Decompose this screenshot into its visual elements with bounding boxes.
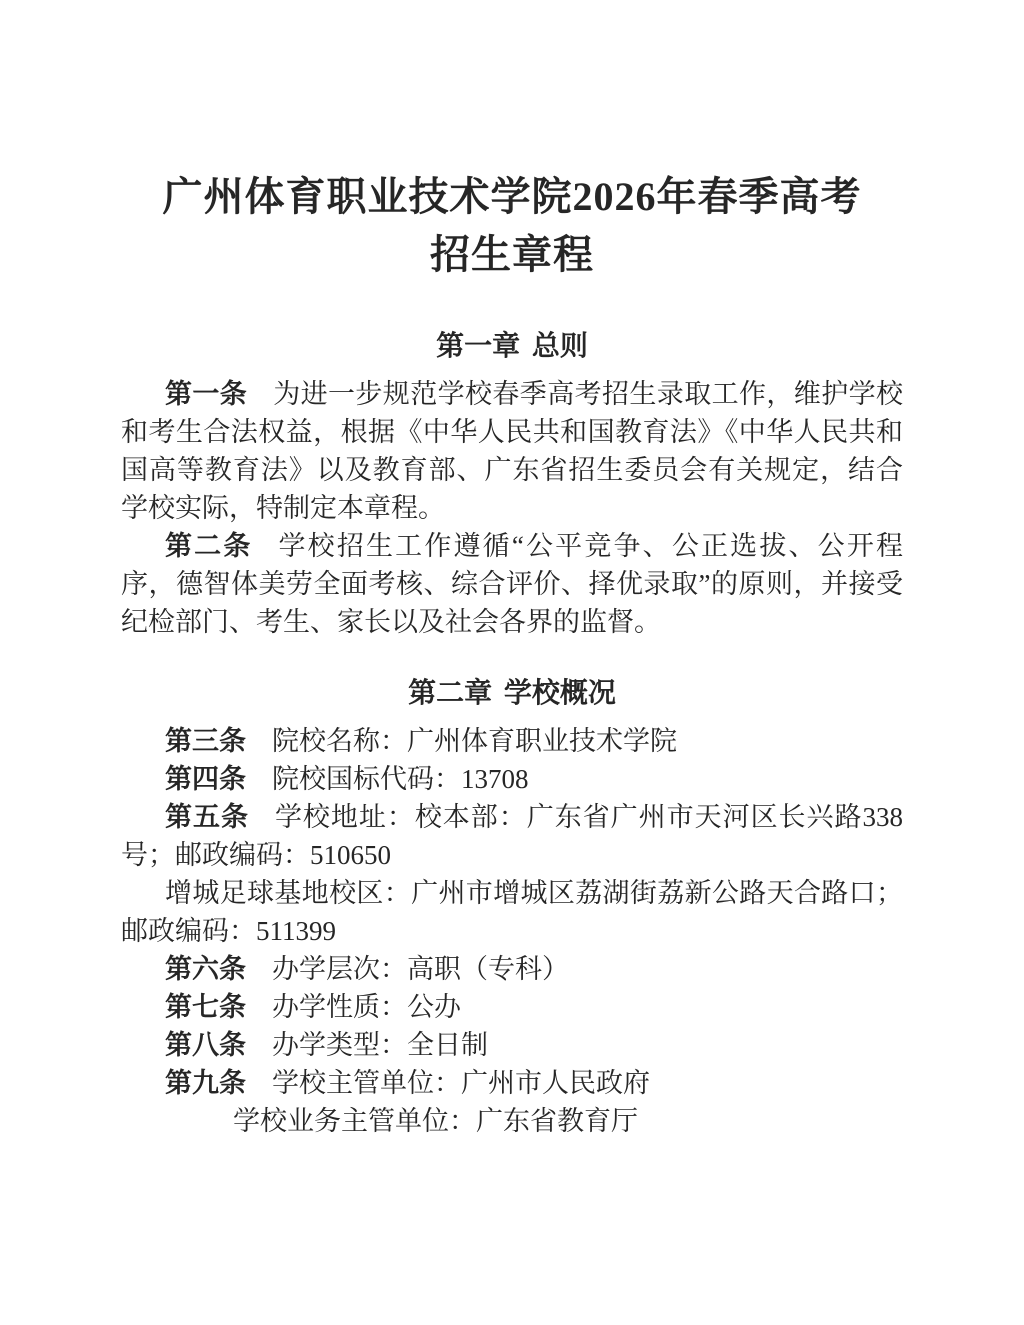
article-1: 第一条为进一步规范学校春季高考招生录取工作，维护学校和考生合法权益，根据《中华人… (121, 375, 903, 527)
document-title-line-2: 招生章程 (121, 226, 903, 284)
article-7-text: 办学性质：公办 (272, 992, 461, 1022)
article-9-label: 第九条 (165, 1068, 246, 1098)
article-9-continuation: 学校业务主管单位：广东省教育厅 (121, 1102, 903, 1140)
article-9-continuation-text: 学校业务主管单位：广东省教育厅 (233, 1106, 638, 1136)
article-5: 第五条学校地址：校本部：广东省广州市天河区长兴路338号；邮政编码：510650 (121, 798, 903, 874)
article-3-label: 第三条 (165, 726, 246, 756)
chapter-1-heading: 第一章 总则 (121, 327, 903, 365)
article-3: 第三条院校名称：广州体育职业技术学院 (121, 722, 903, 760)
document-page: 广州体育职业技术学院2026年春季高考 招生章程 第一章 总则 第一条为进一步规… (0, 0, 1024, 1325)
article-8-text: 办学类型：全日制 (272, 1030, 488, 1060)
document-title-line-1: 广州体育职业技术学院2026年春季高考 (121, 168, 903, 226)
article-8-label: 第八条 (165, 1030, 246, 1060)
document-title: 广州体育职业技术学院2026年春季高考 招生章程 (121, 0, 903, 284)
chapter-2-heading: 第二章 学校概况 (121, 674, 903, 712)
article-5-continuation: 增城足球基地校区：广州市增城区荔湖街荔新公路天合路口；邮政编码：511399 (121, 874, 903, 950)
article-6-label: 第六条 (165, 954, 246, 984)
article-2-label: 第二条 (165, 531, 253, 561)
article-3-text: 院校名称：广州体育职业技术学院 (272, 726, 677, 756)
article-9-text: 学校主管单位：广州市人民政府 (272, 1068, 650, 1098)
article-4-text: 院校国标代码：13708 (272, 764, 529, 794)
document-content: 广州体育职业技术学院2026年春季高考 招生章程 第一章 总则 第一条为进一步规… (0, 0, 1024, 1140)
article-7: 第七条办学性质：公办 (121, 988, 903, 1026)
article-5-continuation-text: 增城足球基地校区：广州市增城区荔湖街荔新公路天合路口；邮政编码：511399 (121, 878, 903, 946)
article-8: 第八条办学类型：全日制 (121, 1026, 903, 1064)
article-4: 第四条院校国标代码：13708 (121, 760, 903, 798)
article-7-label: 第七条 (165, 992, 246, 1022)
article-9: 第九条学校主管单位：广州市人民政府 (121, 1064, 903, 1102)
article-6-text: 办学层次：高职（专科） (272, 954, 569, 984)
article-2: 第二条学校招生工作遵循“公平竞争、公正选拔、公开程序，德智体美劳全面考核、综合评… (121, 527, 903, 641)
article-4-label: 第四条 (165, 764, 246, 794)
article-5-label: 第五条 (165, 802, 249, 832)
article-1-label: 第一条 (165, 379, 247, 409)
article-6: 第六条办学层次：高职（专科） (121, 950, 903, 988)
